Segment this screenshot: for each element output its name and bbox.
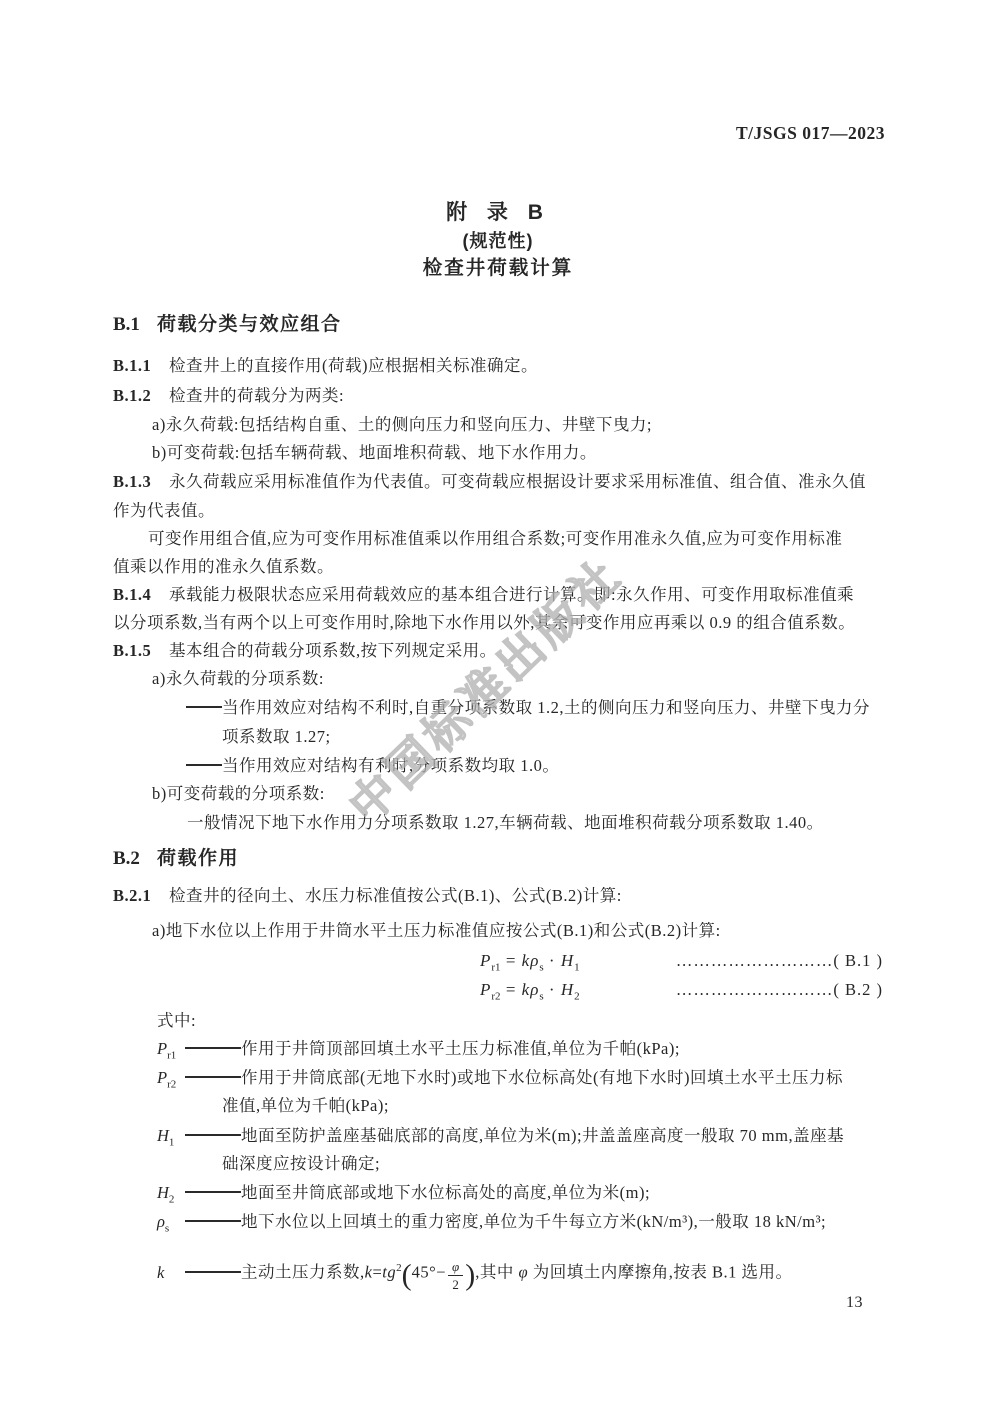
sym-sub: r2 [167,1078,176,1090]
document-page: 中国标准出版社 T/JSGS 017—2023 附 录 B (规范性) 检查井荷… [0,0,992,1403]
def-text: 地下水位以上回填土的重力密度,单位为千牛每立方米(kN/m³),一般取 18 k… [241,1212,826,1231]
sym-sub: 2 [169,1193,175,1205]
section-b2-number: B.2 [113,844,157,873]
sym-base: P [157,1068,167,1087]
clause-b111: B.1.1检查井上的直接作用(荷载)应根据相关标准确定。 [113,351,538,380]
clause-b114-text1: 承载能力极限状态应采用荷载效应的基本组合进行计算。即:永久作用、可变作用取标准值… [169,585,854,604]
item-b-text: 可变荷载的分项系数: [167,784,325,803]
clause-b112-item-b: b)可变荷载:包括车辆荷载、地面堆积荷载、地下水作用力。 [152,438,597,467]
item-a-label: a) [152,415,166,434]
phi-var: φ [518,1263,528,1282]
clause-b121: B.2.1检查井的径向土、水压力标准值按公式(B.1)、公式(B.2)计算: [113,881,622,910]
item-a-label: a) [152,669,166,688]
eq-var: tg [382,1263,396,1282]
symbol: H1 [157,1121,185,1157]
fraction-denominator: 2 [448,1275,463,1291]
def-text-pre: 主动土压力系数, [241,1263,365,1282]
appendix-title: 附 录 B [113,198,883,227]
clause-b111-text: 检查井上的直接作用(荷载)应根据相关标准确定。 [169,356,538,375]
clause-b115-number: B.1.5 [113,636,169,665]
clause-b115-item-b: b)可变荷载的分项系数: [152,779,325,808]
standard-number: T/JSGS 017—2023 [736,119,885,148]
em-dash-icon [185,1191,241,1193]
symbol: k [157,1251,185,1295]
clause-b112: B.1.2检查井的荷载分为两类: [113,381,344,410]
item-b-text: 可变荷载:包括车辆荷载、地面堆积荷载、地下水作用力。 [167,443,597,462]
paren-open: ( [402,1259,412,1292]
em-dash-icon [186,706,222,708]
dash2-text: 当作用效应对结构有利时,分项系数均取 1.0。 [222,756,559,775]
equation-number: ( B.1 ) [833,951,883,970]
em-dash-icon [186,764,222,766]
clause-b121-item-a: a)地下水位以上作用于井筒水平土压力标准值应按公式(B.1)和公式(B.2)计算… [152,916,721,945]
equation-b2-label: ………………………( B.2 ) [113,975,883,1004]
clause-b113-text1: 永久荷载应采用标准值作为代表值。可变荷载应根据设计要求采用标准值、组合值、准永久… [169,472,866,491]
section-b2-heading: B.2荷载作用 [113,844,239,873]
clause-b115-dash2: 当作用效应对结构有利时,分项系数均取 1.0。 [186,751,559,780]
paren-close: ) [465,1259,475,1292]
clause-b113-line1: B.1.3永久荷载应采用标准值作为代表值。可变荷载应根据设计要求采用标准值、组合… [113,467,866,496]
equation-number: ( B.2 ) [833,980,883,999]
section-b1-title: 荷载分类与效应组合 [157,314,342,335]
sym-base: ρ [157,1212,165,1231]
sym-base: k [157,1263,164,1282]
clause-b113-line2: 作为代表值。 [113,496,215,525]
def-h1-line2: 础深度应按设计确定; [222,1149,380,1178]
item-b-label: b) [152,443,167,462]
clause-b112-item-a: a)永久荷载:包括结构自重、土的侧向压力和竖向压力、井壁下曳力; [152,410,652,439]
appendix-normative-label: (规范性) [113,227,883,256]
section-b1-number: B.1 [113,310,157,339]
item-a-label: a) [152,921,166,940]
clause-b115-dash1-line1: 当作用效应对结构不利时,自重分项系数取 1.2,土的侧向压力和竖向压力、井壁下曳… [186,693,870,722]
fraction-numerator: φ [448,1260,463,1275]
def-pr2-line2: 准值,单位为千帕(kPa); [222,1091,389,1120]
clause-b115-dash1-line2: 项系数取 1.27; [222,722,331,751]
clause-b115-note: 一般情况下地下水作用力分项系数取 1.27,车辆荷载、地面堆积荷载分项系数取 1… [187,808,824,837]
symbol: ρs [157,1207,185,1243]
clause-b112-number: B.1.2 [113,381,169,410]
clause-b113-number: B.1.3 [113,467,169,496]
def-text-post1: ,其中 [475,1263,518,1282]
em-dash-icon [185,1076,241,1078]
clause-b113-para2-line1: 可变作用组合值,应为可变作用标准值乘以作用组合系数;可变作用准永久值,应为可变作… [148,524,842,553]
sym-sub: r1 [167,1049,176,1061]
clause-b115-text: 基本组合的荷载分项系数,按下列规定采用。 [169,641,497,660]
clause-b114-line1: B.1.4承载能力极限状态应采用荷载效应的基本组合进行计算。即:永久作用、可变作… [113,580,854,609]
clause-b115: B.1.5基本组合的荷载分项系数,按下列规定采用。 [113,636,497,665]
clause-b121-text: 检查井的径向土、水压力标准值按公式(B.1)、公式(B.2)计算: [169,886,622,905]
clause-b113-para2-line2: 值乘以作用的准永久值系数。 [113,552,334,581]
section-b1-heading: B.1荷载分类与效应组合 [113,310,342,339]
section-b2-title: 荷载作用 [157,848,239,869]
clause-b114-number: B.1.4 [113,580,169,609]
fraction: φ2 [448,1260,463,1291]
em-dash-icon [185,1134,241,1136]
appendix-subject: 检查井荷载计算 [113,254,883,283]
item-a-text: 永久荷载的分项系数: [166,669,324,688]
sym-base: H [157,1183,169,1202]
clause-b114-line2: 以分项系数,当有两个以上可变作用时,除地下水作用以外,其余可变作用应再乘以 0.… [113,608,855,637]
sym-sub: s [165,1222,169,1234]
sym-base: H [157,1126,169,1145]
dot-leader: ……………………… [676,980,834,999]
eq-angle: 45°− [412,1263,446,1282]
symbol: Pr2 [157,1063,185,1099]
def-text: 地面至井筒底部或地下水位标高处的高度,单位为米(m); [241,1183,650,1202]
item-b-label: b) [152,784,167,803]
dot-leader: ……………………… [676,951,834,970]
eq-equals: = [372,1263,382,1282]
em-dash-icon [185,1047,241,1049]
sym-sub: 1 [169,1136,175,1148]
clause-b115-item-a: a)永久荷载的分项系数: [152,664,324,693]
equation-b1-label: ………………………( B.1 ) [113,946,883,975]
clause-b121-number: B.2.1 [113,881,169,910]
def-text: 作用于井筒底部(无地下水时)或地下水位标高处(有地下水时)回填土水平土压力标 [241,1068,843,1087]
item-a-text: 地下水位以上作用于井筒水平土压力标准值应按公式(B.1)和公式(B.2)计算: [166,921,721,940]
clause-b111-number: B.1.1 [113,351,169,380]
def-text: 地面至防护盖座基础底部的高度,单位为米(m);井盖盖座高度一般取 70 mm,盖… [241,1126,844,1145]
def-rho: ρs地下水位以上回填土的重力密度,单位为千牛每立方米(kN/m³),一般取 18… [157,1207,826,1243]
em-dash-icon [185,1271,241,1273]
clause-b112-text: 检查井的荷载分为两类: [169,386,344,405]
sym-base: P [157,1039,167,1058]
def-text: 作用于井筒顶部回填土水平土压力标准值,单位为千帕(kPa); [241,1039,680,1058]
def-k: k主动土压力系数,k=tg2(45°−φ2),其中 φ 为回填土内摩擦角,按表 … [157,1246,793,1298]
where-label: 式中: [157,1006,196,1035]
em-dash-icon [185,1220,241,1222]
page-number: 13 [846,1288,863,1317]
dash1-text1: 当作用效应对结构不利时,自重分项系数取 1.2,土的侧向压力和竖向压力、井壁下曳… [222,698,870,717]
item-a-text: 永久荷载:包括结构自重、土的侧向压力和竖向压力、井壁下曳力; [166,415,652,434]
def-text-post2: 为回填土内摩擦角,按表 B.1 选用。 [528,1263,792,1282]
